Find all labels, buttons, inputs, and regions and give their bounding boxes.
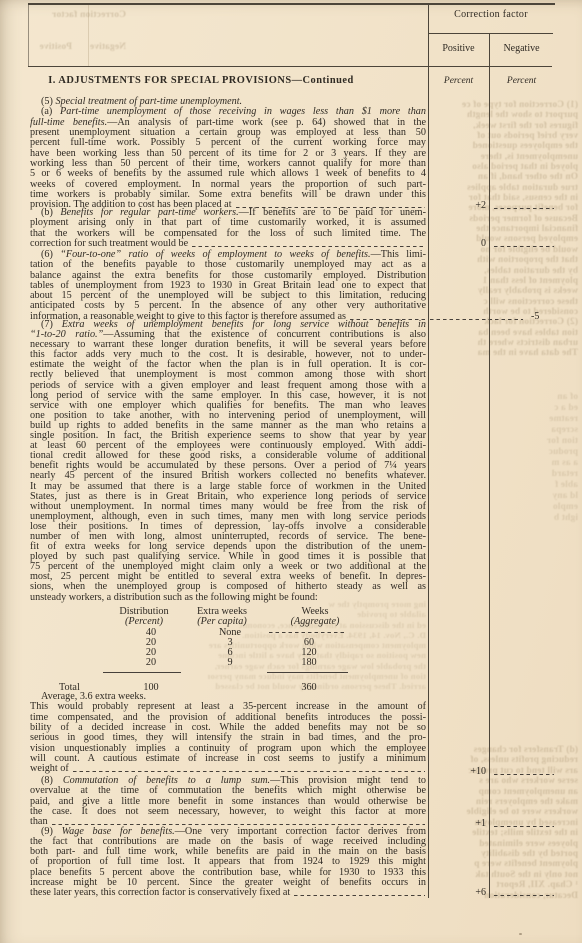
bleedthrough-line: workers were to be eligible xyxy=(462,807,578,817)
correction-value: +10 xyxy=(428,766,489,777)
correction-factor-row: +2 xyxy=(428,200,555,211)
table-col-subheader: (Percent) xyxy=(106,616,182,627)
dash-leader xyxy=(73,771,425,772)
scanned-document-page: Correction factor Positive Negative (1) … xyxy=(0,0,582,943)
left-edge-rule xyxy=(28,3,29,67)
correction-factor-row: +10 xyxy=(428,766,555,777)
table-cell: 20 xyxy=(121,657,181,668)
bleedthrough-line: On the other hand, if an xyxy=(462,172,578,182)
body-text: —An analysis of part-time work (see p. 6… xyxy=(107,117,426,128)
bleedthrough-line: ployees were eliminated xyxy=(462,839,578,849)
body-text: This would probably represent at least a… xyxy=(30,701,426,712)
header-sub-rule xyxy=(428,33,553,34)
bleedthrough-line: these corrections will c xyxy=(462,297,578,307)
body-text: vision unquestionably implies a continui… xyxy=(30,743,426,754)
correction-factor-title: Correction factor xyxy=(428,9,554,20)
dash-leader xyxy=(494,208,554,209)
dash-leader xyxy=(192,246,425,247)
dash-leader xyxy=(494,826,554,827)
dash-leader xyxy=(430,319,523,320)
paragraph-7: (7) Extra weeks of unemployment benefits… xyxy=(30,320,426,603)
bleedthrough-line: able f xyxy=(524,480,578,491)
dash-leader xyxy=(294,895,425,896)
bleedthrough-line: (d) Transfers for changes xyxy=(462,745,578,755)
negative-unit-label: Percent xyxy=(489,76,554,86)
negative-column-header: Negative xyxy=(489,43,554,54)
bleedthrough-line: reducing profits unless, of xyxy=(462,755,578,765)
body-text: have been working less than 50 percent o… xyxy=(30,148,426,159)
table-col-subheader: (Aggregate) xyxy=(277,616,353,627)
text-line: weight of xyxy=(30,764,426,774)
dash-leader xyxy=(52,824,425,825)
correction-value: +1 xyxy=(428,818,489,829)
bleedthrough-title: Correction factor xyxy=(34,10,126,20)
paragraph-average: Average, 3.6 extra weeks.This would prob… xyxy=(30,692,426,775)
body-text: (5) xyxy=(41,96,55,107)
body-text: that the workers will be compensated for… xyxy=(30,228,426,239)
bleedthrough-line: purport to show the length xyxy=(462,110,578,120)
body-text: anticipated costs by 5 percent. In the a… xyxy=(30,300,426,311)
text-line: correction for such treatment would be xyxy=(30,239,426,249)
body-text: the case. It does not seem necessary, ho… xyxy=(30,806,426,817)
dash-leader xyxy=(494,774,554,775)
header-bottom-rule xyxy=(28,66,552,67)
bleedthrough-rule xyxy=(88,4,89,66)
bleedthrough-line: screpa xyxy=(524,425,578,436)
bleedthrough-line: not only in the South tak xyxy=(462,870,578,880)
bleedthrough-line: of an xyxy=(524,392,578,403)
bleedthrough-line: retard xyxy=(524,469,578,480)
bleedthrough-line: ployed in that period also xyxy=(462,162,578,172)
body-text: time workers is probably similar. Some e… xyxy=(30,189,426,200)
paragraph-8: (8) Commutation of benefits to a lump su… xyxy=(30,776,426,827)
bleedthrough-line: (1) Correction for type of census. xyxy=(462,100,578,110)
section-heading: I. ADJUSTMENTS FOR SPECIAL PROVISIONS—Co… xyxy=(33,75,369,86)
table-dash-leader xyxy=(269,632,346,633)
body-text: percent full-time work. Possibly 5 perce… xyxy=(30,137,426,148)
italic-text: full-time benefits. xyxy=(30,117,107,128)
bleedthrough-positive: Positive xyxy=(26,42,72,52)
positive-unit-label: Percent xyxy=(428,76,489,86)
body-text: will count. A cautious estimate of incre… xyxy=(30,753,426,764)
bleedthrough-line: tion for xyxy=(524,436,578,447)
bleedthrough-line: The data have in the ma xyxy=(462,348,578,358)
bleedthrough-line: serse workers who are s xyxy=(462,776,578,786)
table-cell: 180 xyxy=(278,657,340,668)
bleedthrough-line: by the duration tables, xyxy=(462,266,578,276)
paragraph-9: (9) Wage base for benefits.—One very imp… xyxy=(30,827,426,898)
bleedthrough-line: in the textile mills; textile xyxy=(462,828,578,838)
body-text: bility of a decided increase in cost. Wh… xyxy=(30,722,426,733)
body-text: 5 or 6 weeks of benefits by the assumed … xyxy=(30,168,426,179)
table-total-rule xyxy=(103,672,181,673)
table-cell: 9 xyxy=(200,657,260,668)
dash-leader xyxy=(494,895,554,896)
body-text: serious in good times, they will intensi… xyxy=(30,732,426,743)
paragraph-5a: (5) Special treatment of part-time unemp… xyxy=(30,97,426,211)
body-text: time compensated, and the provision of a… xyxy=(30,712,426,723)
table-total-value: 100 xyxy=(121,682,181,693)
bleedthrough-line: ight b xyxy=(524,513,578,524)
correction-factor-row: +6 xyxy=(428,887,555,898)
text-line: the case. It does not seem necessary, ho… xyxy=(30,807,426,817)
dash-leader xyxy=(494,246,554,247)
body-text: (a) xyxy=(41,106,60,117)
bleedthrough-line: unemployment is, there xyxy=(462,152,578,162)
bleedthrough-line: true duration table applies xyxy=(462,183,578,193)
correction-factor-row: 0 xyxy=(428,238,555,249)
body-text: weight of xyxy=(30,764,69,774)
correction-value: +6 xyxy=(428,887,489,898)
bleedthrough-line: tion tables have been ba xyxy=(462,328,578,338)
bleedthrough-line: an unemployment comp xyxy=(462,787,578,797)
italic-text: Special treatment of part-time unemploym… xyxy=(55,96,242,107)
bleedthrough-line: ld any xyxy=(524,491,578,502)
body-text: these later years, this correction facto… xyxy=(30,888,290,898)
bleedthrough-line: reatme xyxy=(524,414,578,425)
bleedthrough-line: Because of former periods xyxy=(462,214,578,224)
correction-value: 0 xyxy=(428,238,489,249)
italic-text: Part-time unemployment of those receivin… xyxy=(60,106,426,117)
top-rule xyxy=(28,3,555,5)
bleedthrough-column: of aned a creatmescrepation forproduca a… xyxy=(524,392,578,524)
table-total-value: 360 xyxy=(278,682,340,693)
bleedthrough-line: financial importance the xyxy=(462,224,578,234)
correction-factor-row: +1 xyxy=(428,818,555,829)
bleedthrough-line: ployment of less than 1 xyxy=(462,276,578,286)
paragraph-5b: (b) Benefits for regular part-time worke… xyxy=(30,208,426,249)
bleedthrough-line: weeks is probably really xyxy=(462,286,578,296)
bleedthrough-line: urban districts where th xyxy=(462,338,578,348)
body-text: unsteady workers, a distribution such as… xyxy=(30,592,318,603)
text-line: these later years, this correction facto… xyxy=(30,888,426,898)
bleedthrough-line: figures for the first week, xyxy=(462,121,578,131)
bleedthrough-line: ployment benefits were p xyxy=(462,859,578,869)
bleedthrough-line: make the employers rein xyxy=(462,797,578,807)
table-total-rule xyxy=(267,672,348,673)
text-line: will count. A cautious estimate of incre… xyxy=(30,754,426,764)
bleedthrough-line: ported by the disability xyxy=(462,849,578,859)
bleedthrough-line: a as m xyxy=(524,458,578,469)
bleedthrough-line: the employees questioned xyxy=(462,141,578,151)
correction-value: -5 xyxy=(527,311,555,322)
paragraph-6: (6) “Four-to-one” ratio of weeks of empl… xyxy=(30,250,426,322)
correction-factor-row: -5 xyxy=(428,311,555,322)
bleedthrough-line: produc xyxy=(524,447,578,458)
positive-column-header: Positive xyxy=(428,43,489,54)
body-text: correction for such treatment would be xyxy=(30,239,188,249)
text-line: unsteady workers, a distribution such as… xyxy=(30,593,426,603)
distribution-table: Distribution Extra weeks Weeks (Percent)… xyxy=(30,606,426,698)
scan-speck xyxy=(519,933,522,935)
bleedthrough-line: very brief periods out of xyxy=(462,131,578,141)
body-text: weeks of covered employment. In normal y… xyxy=(30,179,426,190)
bleedthrough-line: emplo xyxy=(524,502,578,513)
body-text: working less than 50 percent of their ti… xyxy=(30,158,426,169)
bleedthrough-line: that the proportion with xyxy=(462,255,578,265)
table-total-label: Total xyxy=(59,682,119,693)
bleedthrough-negative: Negative xyxy=(78,42,126,52)
main-column-divider xyxy=(428,3,429,898)
body-text: present unemployment situation a certain… xyxy=(30,127,426,138)
bleedthrough-line: ed a c xyxy=(524,403,578,414)
table-col-subheader: (Per capita) xyxy=(184,616,260,627)
correction-value: +2 xyxy=(428,200,489,211)
